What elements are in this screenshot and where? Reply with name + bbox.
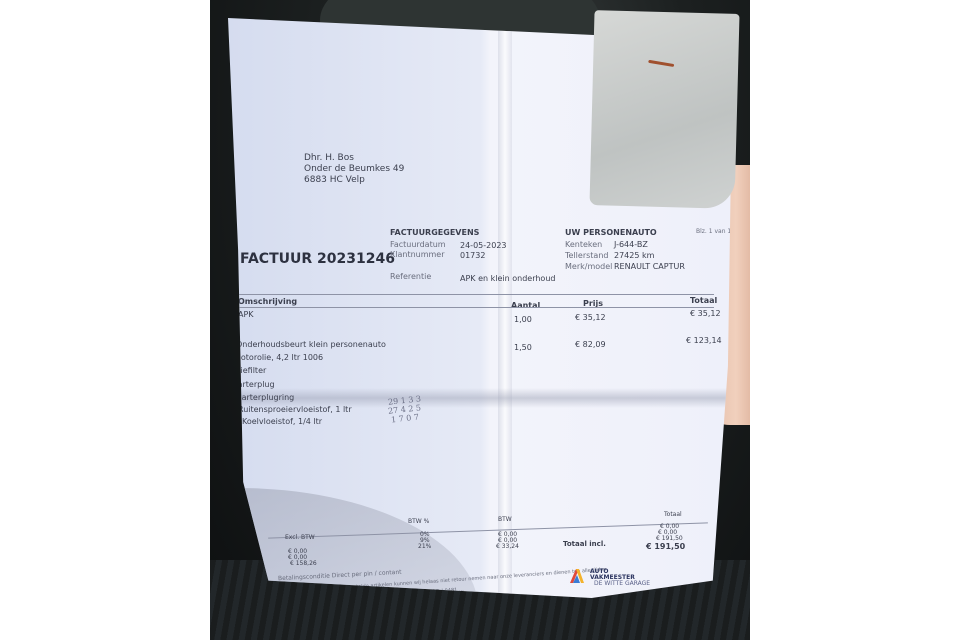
recipient-name: Dhr. H. Bos [304,153,354,163]
invoice-date: 24-05-2023 [460,241,507,250]
table-top-rule [238,294,714,295]
btw-rate: 21% [418,543,431,550]
col-description: Omschrijving [238,297,297,306]
odometer-label: Tellerstand [565,251,608,260]
date-label: Factuurdatum [390,240,446,249]
model-value: RENAULT CAPTUR [614,262,685,271]
odometer-value: 27425 km [614,251,654,260]
handwritten-note: 1 7 0 7 [391,413,420,425]
reference-label: Referentie [390,272,431,281]
row-qty: 1,00 [514,315,532,324]
col-quantity: Aantal [511,301,540,310]
brand-line3: DE WITTE GARAGE [594,580,650,587]
row-description: Onderhoudsbeurt klein personenauto [236,340,386,349]
excl-value: € 158,26 [290,560,317,567]
recipient-street: Onder de Beumkes 49 [304,164,404,174]
recipient-city: 6883 HC Velp [304,175,365,185]
col-total: Totaal [690,296,717,305]
customer-label: Klantnummer [390,250,445,259]
stapled-receipt [589,10,739,209]
invoice-title: FACTUUR 20231246 [240,251,395,267]
total-value: € 191,50 [656,535,683,542]
reference-value: APK en klein onderhoud [460,274,555,283]
btw-rate-label: BTW % [408,518,429,525]
photo-background: Dhr. H. Bos Onder de Beumkes 49 6883 HC … [210,0,750,640]
model-label: Merk/model [565,262,612,271]
plate-label: Kenteken [565,240,602,249]
vertical-fold [498,18,512,598]
row-price: € 82,09 [575,340,606,349]
subitem: Koelvloeistof, 1/4 ltr [242,417,322,426]
subitem: Motorolie, 4,2 ltr 1006 [234,353,323,362]
row-total: € 35,12 [690,309,721,318]
subitem: Oliefilter [232,366,266,375]
subitem: Carterplugring [236,393,294,402]
customer-number: 01732 [460,251,485,260]
brand-logo-icon [568,568,586,584]
excl-btw-label: Excl. BTW [285,534,315,541]
page-number: Blz. 1 van 1 [696,228,731,235]
table-header-rule [238,307,714,308]
details-heading: FACTUURGEGEVENS [390,228,479,237]
plate-value: J-644-BZ [614,240,648,249]
row-description: APK [238,310,254,319]
vehicle-heading: UW PERSONENAUTO [565,228,657,237]
subitem: Ruitensproeiervloeistof, 1 ltr [238,405,352,414]
grand-total-label: Totaal incl. [563,540,606,548]
row-qty: 1,50 [514,343,532,352]
btw-label: BTW [498,516,512,523]
row-price: € 35,12 [575,313,606,322]
grand-total: € 191,50 [646,542,685,551]
staple [648,60,674,67]
row-total: € 123,14 [686,336,722,345]
subitem: Carterplug [232,380,275,389]
total-label: Totaal [664,511,682,518]
btw-value: € 33,24 [496,543,519,550]
